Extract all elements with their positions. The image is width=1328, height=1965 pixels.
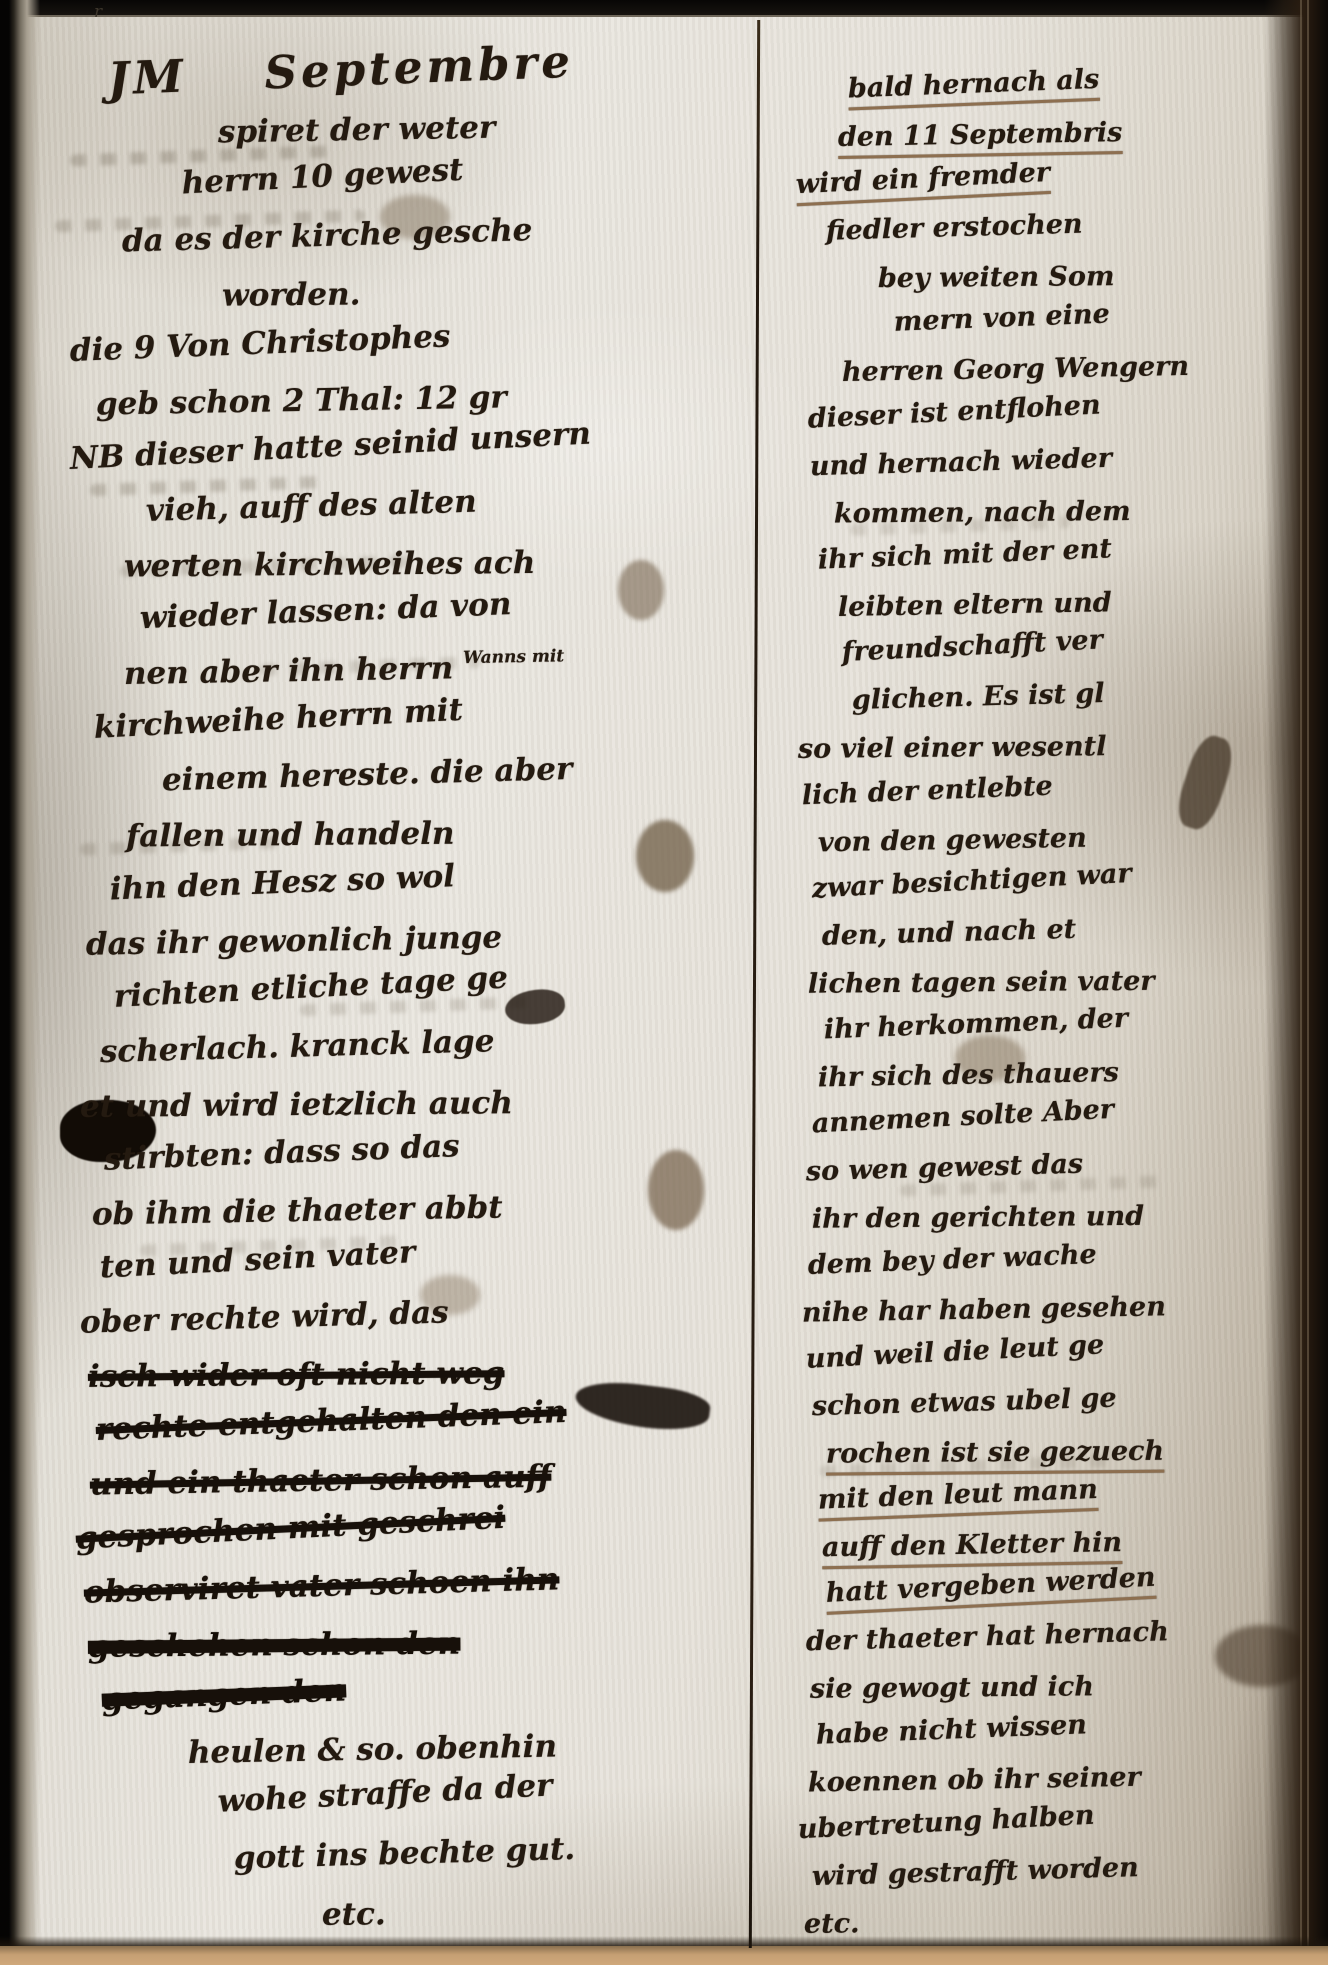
manuscript-line: etc. <box>782 1899 1294 1950</box>
left-column: JM Septembrespiret der weterherrn 10 gew… <box>70 56 630 1946</box>
book-top-edge <box>0 0 1328 15</box>
interlinear-insertion: Wanns mit <box>463 646 564 668</box>
page-edge-lines <box>1300 0 1314 1965</box>
corner-mark: r <box>94 2 102 22</box>
manuscript-scan: r JM Septembrespiret der weterherrn 10 g… <box>0 0 1328 1965</box>
binding-gutter <box>0 0 40 1965</box>
manuscript-line: etc. <box>70 1887 630 1946</box>
right-column: bald hernach alsden 11 Septembriswird ei… <box>782 70 1294 1950</box>
